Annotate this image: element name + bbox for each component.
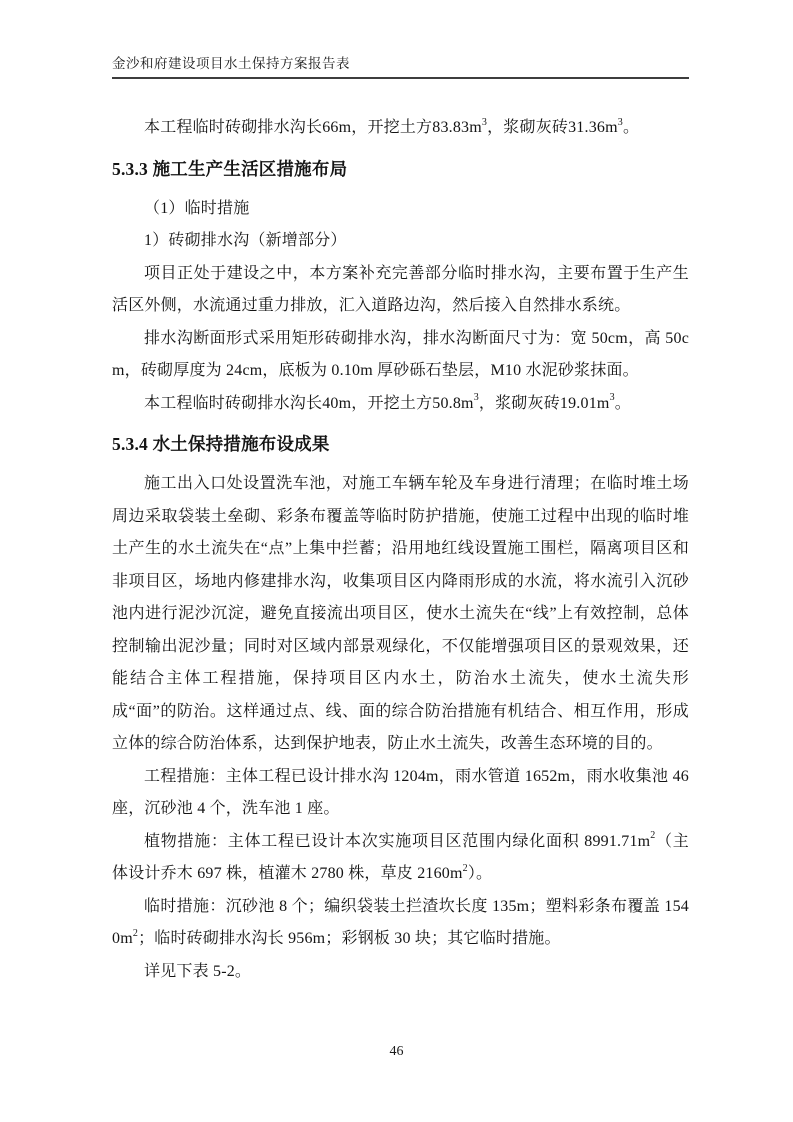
text-run: ；临时砖砌排水沟长 956m；彩钢板 30 块；其它临时措施。 bbox=[138, 930, 561, 947]
text-run: 排水沟断面形式采用矩形砖砌排水沟，排水沟断面尺寸为：宽 50cm，高 50cm，… bbox=[112, 330, 689, 380]
text-run: 5.3.4 水土保持措施布设成果 bbox=[112, 434, 330, 454]
body-paragraph: 植物措施：主体工程已设计本次实施项目区范围内绿化面积 8991.71m2（主体设… bbox=[112, 826, 689, 891]
text-run: ，浆砌灰砖31.36m bbox=[487, 119, 618, 136]
text-run: 5.3.3 施工生产生活区措施布局 bbox=[112, 159, 347, 179]
section-heading: 5.3.4 水土保持措施布设成果 bbox=[112, 427, 689, 461]
text-run: ）。 bbox=[468, 865, 492, 882]
text-run: ，浆砌灰砖19.01m bbox=[479, 395, 610, 412]
text-run: 项目正处于建设之中，本方案补充完善部分临时排水沟，主要布置于生产生活区外侧，水流… bbox=[112, 265, 689, 315]
text-run: 施工出入口处设置洗车池，对施工车辆车轮及车身进行清理；在临时堆土场周边采取袋装土… bbox=[112, 475, 689, 752]
text-run: 。 bbox=[615, 395, 631, 412]
body-paragraph: 本工程临时砖砌排水沟长40m，开挖土方50.8m3，浆砌灰砖19.01m3。 bbox=[112, 388, 689, 421]
text-run: 本工程临时砖砌排水沟长66m，开挖土方83.83m bbox=[144, 119, 482, 136]
text-run: 详见下表 5-2。 bbox=[144, 963, 251, 980]
page-number: 46 bbox=[390, 1044, 404, 1059]
document-page: 金沙和府建设项目水土保持方案报告表 本工程临时砖砌排水沟长66m，开挖土方83.… bbox=[0, 0, 793, 1122]
header-divider bbox=[112, 77, 689, 79]
superscript-unit: 3 bbox=[482, 117, 487, 128]
body-paragraph: 1）砖砌排水沟（新增部分） bbox=[112, 225, 689, 258]
body-paragraph: 临时措施：沉砂池 8 个；编织袋装土拦渣坎长度 135m；塑料彩条布覆盖 154… bbox=[112, 891, 689, 956]
page-footer: 46 bbox=[0, 1042, 793, 1060]
superscript-unit: 2 bbox=[463, 863, 468, 874]
text-run: 工程措施：主体工程已设计排水沟 1204m，雨水管道 1652m，雨水收集池 4… bbox=[112, 768, 689, 818]
body-paragraph: 排水沟断面形式采用矩形砖砌排水沟，排水沟断面尺寸为：宽 50cm，高 50cm，… bbox=[112, 323, 689, 388]
body-paragraph: 本工程临时砖砌排水沟长66m，开挖土方83.83m3，浆砌灰砖31.36m3。 bbox=[112, 112, 689, 145]
superscript-unit: 3 bbox=[474, 392, 479, 403]
text-run: 。 bbox=[623, 119, 639, 136]
superscript-unit: 3 bbox=[610, 392, 615, 403]
text-run: （1）临时措施 bbox=[144, 200, 249, 217]
page-header: 金沙和府建设项目水土保持方案报告表 bbox=[112, 52, 689, 79]
body-paragraph: 详见下表 5-2。 bbox=[112, 956, 689, 989]
text-run: 1）砖砌排水沟（新增部分） bbox=[144, 232, 347, 249]
superscript-unit: 2 bbox=[650, 830, 655, 841]
superscript-unit: 2 bbox=[133, 928, 138, 939]
header-title: 金沙和府建设项目水土保持方案报告表 bbox=[112, 52, 689, 77]
superscript-unit: 3 bbox=[618, 117, 623, 128]
text-run: 本工程临时砖砌排水沟长40m，开挖土方50.8m bbox=[144, 395, 474, 412]
body-paragraph: 工程措施：主体工程已设计排水沟 1204m，雨水管道 1652m，雨水收集池 4… bbox=[112, 761, 689, 826]
section-heading: 5.3.3 施工生产生活区措施布局 bbox=[112, 152, 689, 186]
text-run: 植物措施：主体工程已设计本次实施项目区范围内绿化面积 8991.71m bbox=[144, 833, 650, 850]
document-body: 本工程临时砖砌排水沟长66m，开挖土方83.83m3，浆砌灰砖31.36m3。5… bbox=[112, 112, 689, 988]
body-paragraph: 施工出入口处设置洗车池，对施工车辆车轮及车身进行清理；在临时堆土场周边采取袋装土… bbox=[112, 468, 689, 761]
body-paragraph: （1）临时措施 bbox=[112, 193, 689, 226]
body-paragraph: 项目正处于建设之中，本方案补充完善部分临时排水沟，主要布置于生产生活区外侧，水流… bbox=[112, 258, 689, 323]
